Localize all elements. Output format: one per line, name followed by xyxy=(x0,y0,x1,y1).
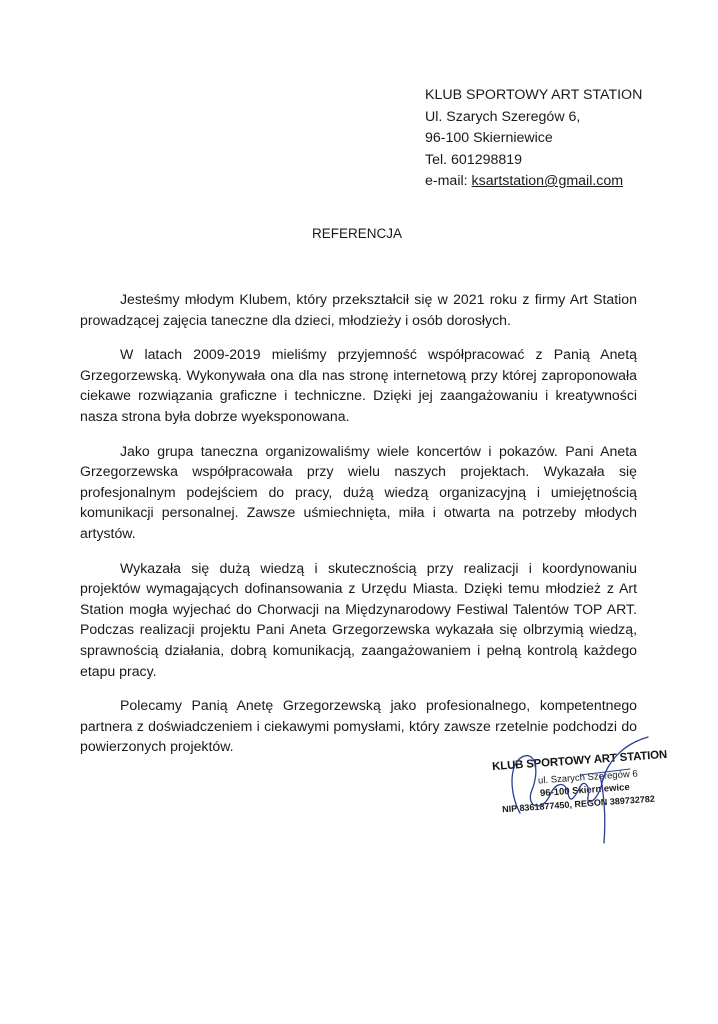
paragraph: W latach 2009-2019 mieliśmy przyjemność … xyxy=(80,344,637,426)
company-stamp: KLUB SPORTOWY ART STATION ul. Szarych Sz… xyxy=(480,735,680,835)
sender-street: Ul. Szarych Szeregów 6, xyxy=(425,107,642,129)
paragraph: Jako grupa taneczna organizowaliśmy wiel… xyxy=(80,441,637,544)
sender-email-line: e-mail: ksartstation@gmail.com xyxy=(425,171,642,193)
paragraph: Wykazała się dużą wiedzą i skutecznością… xyxy=(80,558,637,682)
sender-name: KLUB SPORTOWY ART STATION xyxy=(425,85,642,107)
document-title-text: REFERENCJA xyxy=(312,226,402,241)
handwritten-signature-icon xyxy=(480,735,680,845)
document-page: KLUB SPORTOWY ART STATION Ul. Szarych Sz… xyxy=(0,0,718,1024)
email-label: e-mail: xyxy=(425,173,472,189)
sender-address-block: KLUB SPORTOWY ART STATION Ul. Szarych Sz… xyxy=(425,85,642,193)
email-link[interactable]: ksartstation@gmail.com xyxy=(472,173,624,189)
sender-city: 96-100 Skierniewice xyxy=(425,128,642,150)
paragraph: Jesteśmy młodym Klubem, który przekształ… xyxy=(80,289,637,330)
letter-body: Jesteśmy młodym Klubem, który przekształ… xyxy=(80,289,637,771)
document-title: REFERENCJA xyxy=(0,226,718,241)
sender-phone: Tel. 601298819 xyxy=(425,150,642,172)
